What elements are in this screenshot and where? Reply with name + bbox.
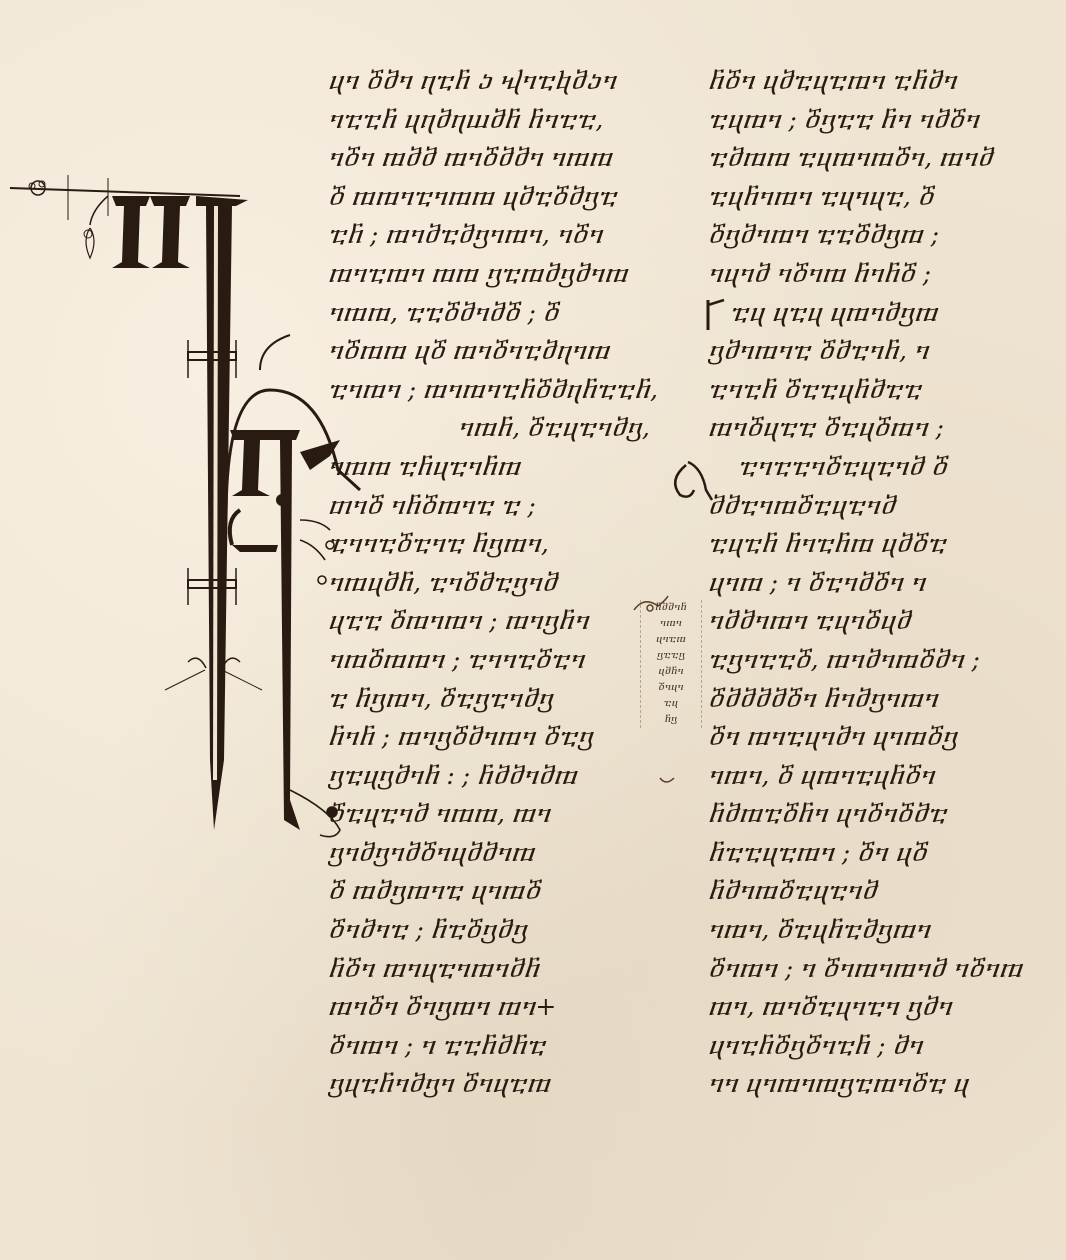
text-line: ⴃ ⴊⴋⴂⴊⴈⴀ ⴗⴈⴊⴃ <box>328 872 658 911</box>
text-line: ⴀⴗⴀⴌ ⴌⴈⴀⴌⴊ ⴗⴋⴃⴀ <box>708 525 1038 564</box>
text-line: ⴈⴈ ⴗⴈⴊⴈⴊⴂⴀⴊⴈⴃⴀ ⴗ <box>708 1065 1038 1104</box>
text-line: ⴌⴃⴈ ⴗⴋⴀⴗⴀⴊⴈ ⴀⴌⴋⴈ <box>708 62 1038 101</box>
text-line: ⴇⴈⴃ ⴈⴌⴃⴊⴈⴀ ⴀ ; <box>328 487 658 526</box>
text-line: ⴃⴈⴋⴈⴀ ; ⴌⴀⴃⴂⴋⴂ <box>328 911 658 950</box>
text-line: ⴀⴈⴀⴀⴈⴃⴀⴗⴀⴈⴋ ⴃ <box>708 448 1038 487</box>
text-line: ⴈⴊⴈ, ⴃⴀⴗⴌⴀⴋⴂⴊⴈ <box>708 911 1038 950</box>
margin-note-line: ⴌⴂ <box>641 712 701 728</box>
text-line: ⴌⴃⴈ ⴊⴈⴗⴀⴈⴊⴈⴋⴌ <box>328 950 658 989</box>
text-line: ⴀⴗⴊⴈ ; ⴃⴂⴀⴀ ⴌⴈ ⴈⴋⴃⴈ <box>708 101 1038 140</box>
text-line: ⴀⴋⴊⴊ ⴀⴗⴊⴈⴊⴃⴈ, ⴊⴈⴋ <box>708 139 1038 178</box>
text-line: ⴃⴈⴊⴈ ; ⴈ ⴃⴈⴊⴈⴊⴈⴋ ⴈⴃⴈⴊ <box>708 950 1038 989</box>
text-line: ⴗⴈⴀⴌⴃⴂⴃⴈⴀⴌ ; ⴋⴈ <box>708 1027 1038 1066</box>
text-line: ⴀⴈⴀⴌ ⴃⴀⴀⴗⴌⴋⴀⴀ <box>708 371 1038 410</box>
margin-note-line: ⴗⴈⴀⴊ <box>641 632 701 648</box>
text-line: ⴂⴋⴈⴊⴈⴀ ⴃⴋⴀⴈⴌ, ⴈ <box>708 332 1038 371</box>
text-line: ⴂⴗⴀⴌⴈⴋⴂⴈ ⴃⴈⴗⴀⴊ <box>328 1065 658 1104</box>
text-line: ⴂⴀⴗⴂⴋⴈⴌ : ; ⴌⴋⴋⴈⴋⴊ <box>328 757 658 796</box>
text-line: ⴃⴋⴋⴋⴋⴃⴈ ⴌⴈⴋⴂⴈⴊⴈ <box>708 680 1038 719</box>
text-line: ⴃⴈⴊⴈ ; ⴈ ⴀⴀⴌⴋⴌⴀ <box>328 1027 658 1066</box>
text-line: ⴃⴀⴗⴀⴈⴋ ⴈⴊⴊ, ⴊⴈ <box>328 795 658 834</box>
text-line: ⴌⴋⴈⴊⴃⴀⴗⴀⴈⴋ <box>708 872 1038 911</box>
text-line: ⴈⴃⴊⴊ ⴗⴃ ⴊⴈⴃⴈⴀⴋⴄⴈⴊ <box>328 332 658 371</box>
text-line: ⴀⴌ ; ⴊⴈⴋⴀⴋⴂⴈⴊⴈ, ⴈⴃⴈ <box>328 216 658 255</box>
text-line: ⴗⴀⴀ ⴃⴊⴈⴊⴈ ; ⴊⴈⴂⴌⴈ <box>328 602 658 641</box>
text-line: ⴈⴊⴊ, ⴀⴀⴃⴋⴈⴋⴃ ; ⴃ <box>328 294 658 333</box>
text-line: ⴈⴊⴗⴋⴌ, ⴀⴈⴃⴋⴀⴂⴈⴋ <box>328 564 658 603</box>
margin-note-line: ⴗⴋⴌⴈ <box>641 664 701 680</box>
text-column-right: ⴌⴃⴈ ⴗⴋⴀⴗⴀⴊⴈ ⴀⴌⴋⴈ ⴀⴗⴊⴈ ; ⴃⴂⴀⴀ ⴌⴈ ⴈⴋⴃⴈ ⴀⴋⴊ… <box>708 62 1038 1104</box>
margin-note-line: ⴀⴗ <box>641 696 701 712</box>
text-line: ⴈⴗⴈⴋ ⴈⴃⴈⴊ ⴌⴈⴌⴃ ; <box>708 255 1038 294</box>
text-line: ⴊⴈⴀⴊⴈ ⴊⴊ ⴂⴀⴊⴋⴂⴋⴈⴊ <box>328 255 658 294</box>
text-line: ⴊⴈⴃⴈ ⴃⴈⴂⴊⴈ ⴊⴈ+ <box>328 988 658 1027</box>
text-line: ⴗⴈⴊ ; ⴈ ⴃⴀⴈⴋⴃⴈ ⴈ <box>708 564 1038 603</box>
text-line: ⴈⴃⴈ ⴊⴋⴋ ⴊⴈⴃⴋⴋⴈ ⴈⴊⴊ <box>328 139 658 178</box>
text-line: ⴀ ⴌⴂⴊⴈ, ⴃⴀⴂⴀⴈⴋⴂ <box>328 680 658 719</box>
text-line: ⴂⴈⴋⴂⴈⴋⴃⴈⴗⴋⴋⴈⴊ <box>328 834 658 873</box>
text-line: ⴃⴂⴋⴈⴊⴈ ⴀⴀⴃⴋⴂⴊ ; <box>708 216 1038 255</box>
text-line: ⴈⴊⴌ, ⴃⴀⴗⴀⴈⴋⴂ, <box>328 409 658 448</box>
text-line: ⴗⴈ ⴃⴋⴈ ⴄⴀⴌ ⴢ ⴏⴈⴀⴉⴋⴢⴈ <box>328 62 658 101</box>
text-line: ⴌⴈⴌ ; ⴊⴈⴂⴃⴋⴈⴊⴈ ⴃⴀⴂ <box>328 718 658 757</box>
margin-note-line: ⴂⴀⴀⴂ <box>641 648 701 664</box>
text-line: ⴀⴈⴊⴈ ; ⴊⴈⴊⴈⴀⴌⴃⴋⴄⴌⴀⴀⴌ, <box>328 371 658 410</box>
text-line: ⴈⴊⴊ ⴀⴌⴗⴀⴈⴌⴊ <box>328 448 658 487</box>
text-line: ⴊⴈⴃⴗⴀⴀ ⴃⴀⴗⴃⴊⴈ ; <box>708 409 1038 448</box>
text-line: ⴈⴋⴋⴈⴊⴈ ⴀⴗⴈⴃⴗⴋ <box>708 602 1038 641</box>
text-line: ⴃ ⴊⴊⴈⴀⴈⴊⴊ ⴗⴋⴀⴃⴋⴂⴀ <box>328 178 658 217</box>
text-line: ⴊⴈ, ⴊⴈⴃⴀⴗⴈⴀⴈ ⴂⴋⴈ <box>708 988 1038 1027</box>
text-line: ⴃⴈ ⴊⴈⴀⴗⴈⴋⴈ ⴗⴈⴊⴃⴂ <box>708 718 1038 757</box>
text-line: ⴀⴗⴌⴈⴊⴈ ⴀⴗⴈⴗⴀ, ⴃ <box>708 178 1038 217</box>
text-line: ⴌⴀⴀⴗⴀⴊⴈ ; ⴃⴈ ⴗⴃ <box>708 834 1038 873</box>
text-line: ⴈⴀⴀⴌ ⴗⴄⴋⴄⴍⴋⴌ ⴌⴈⴀⴀ, <box>328 101 658 140</box>
text-line: ⴌⴋⴊⴀⴃⴌⴈ ⴗⴈⴃⴈⴃⴋⴀ <box>708 795 1038 834</box>
text-line: ⴈⴊⴃⴊⴊⴈ ; ⴀⴈⴈⴀⴃⴀⴈ <box>328 641 658 680</box>
text-line: ⴀⴗ ⴗⴀⴗ ⴗⴊⴈⴋⴂⴊ <box>708 294 1038 333</box>
text-line: ⴈⴊⴈ, ⴃ ⴗⴊⴈⴀⴗⴌⴃⴈ <box>708 757 1038 796</box>
margin-note-line: ⴃⴈⴗⴈ <box>641 680 701 696</box>
text-column-left: ⴗⴈ ⴃⴋⴈ ⴄⴀⴌ ⴢ ⴏⴈⴀⴉⴋⴢⴈ ⴈⴀⴀⴌ ⴗⴄⴋⴄⴍⴋⴌ ⴌⴈⴀⴀ, … <box>328 62 658 1104</box>
text-line: ⴋⴋⴀⴈⴊⴃⴀⴗⴀⴈⴋ <box>708 487 1038 526</box>
margin-note: ⴌⴋⴋⴈⴌ ⴈⴊⴈ ⴗⴈⴀⴊ ⴂⴀⴀⴂ ⴗⴋⴌⴈ ⴃⴈⴗⴈ ⴀⴗ ⴌⴂ <box>640 600 702 728</box>
margin-note-line: ⴌⴋⴋⴈⴌ <box>641 600 701 616</box>
margin-note-line: ⴈⴊⴈ <box>641 616 701 632</box>
text-line: ⴀⴂⴈⴀⴀⴃ, ⴊⴈⴋⴈⴊⴃⴋⴈ ; <box>708 641 1038 680</box>
text-line: ⴀⴈⴈⴀⴃⴀⴈⴀ ⴌⴂⴊⴈ, <box>328 525 658 564</box>
manuscript-page: ⴗⴈ ⴃⴋⴈ ⴄⴀⴌ ⴢ ⴏⴈⴀⴉⴋⴢⴈ ⴈⴀⴀⴌ ⴗⴄⴋⴄⴍⴋⴌ ⴌⴈⴀⴀ, … <box>0 0 1066 1260</box>
